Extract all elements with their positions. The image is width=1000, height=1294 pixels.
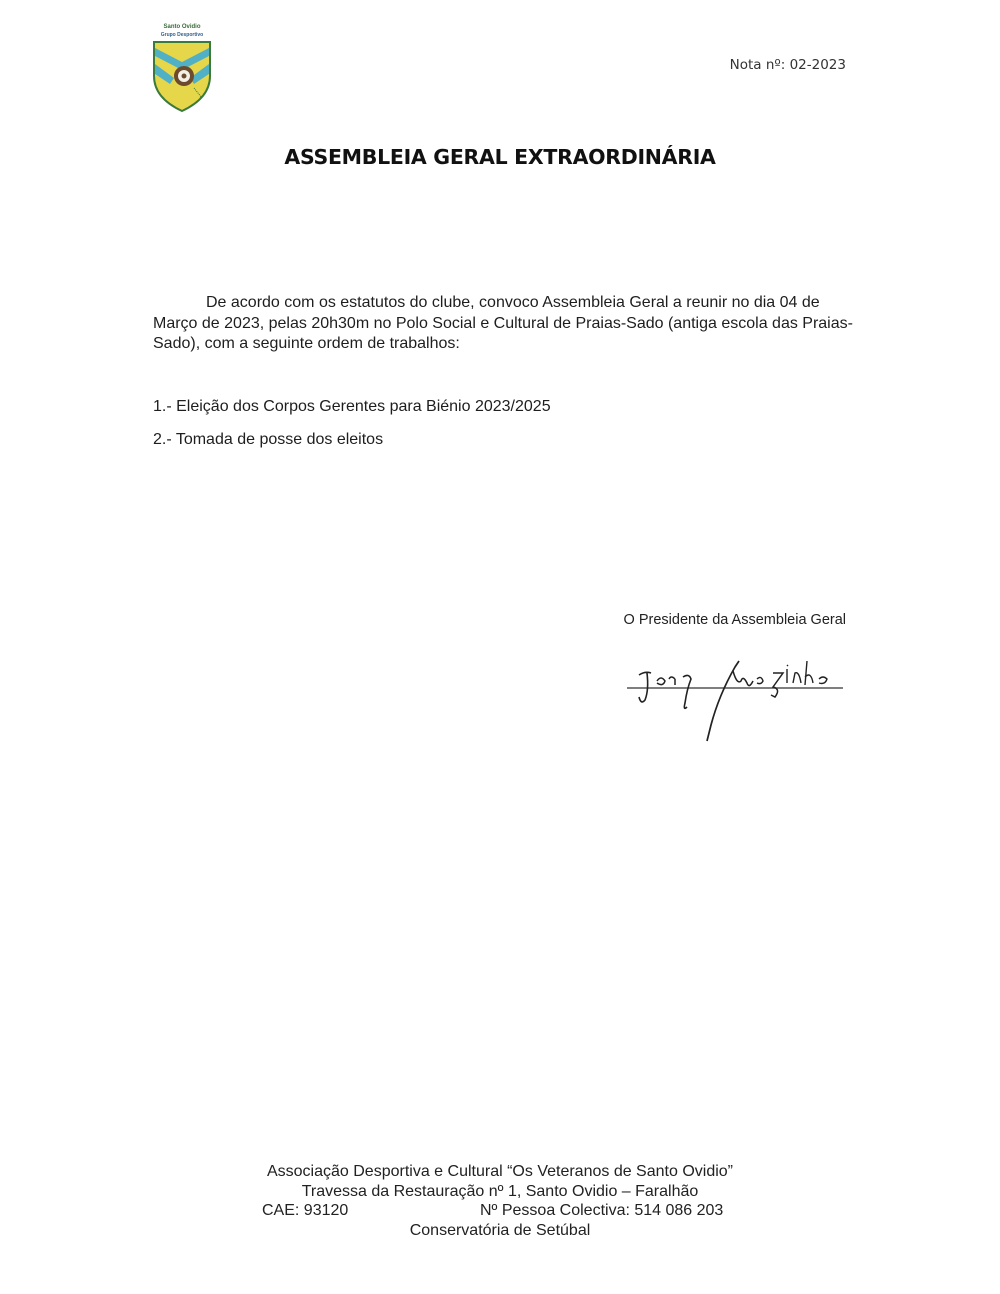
- convocation-paragraph: De acordo com os estatutos do clube, con…: [153, 293, 853, 355]
- footer-registry: Conservatória de Setúbal: [0, 1221, 1000, 1241]
- footer-address: Travessa da Restauração nº 1, Santo Ovid…: [0, 1182, 1000, 1202]
- club-crest-icon: [148, 18, 216, 113]
- handwritten-signature-icon: [615, 645, 855, 745]
- footer-nipc: Nº Pessoa Colectiva: 514 086 203: [480, 1201, 723, 1221]
- footer-block: Associação Desportiva e Cultural “Os Vet…: [0, 1162, 1000, 1240]
- note-number: Nota nº: 02-2023: [700, 57, 846, 73]
- club-crest-logo: Santo Ovidio Grupo Desportivo: [148, 18, 216, 113]
- document-title: ASSEMBLEIA GERAL EXTRAORDINÁRIA: [0, 145, 1000, 169]
- agenda-item: 2.- Tomada de posse dos eleitos: [153, 431, 383, 449]
- footer-ids-row: CAE: 93120 Nº Pessoa Colectiva: 514 086 …: [0, 1201, 1000, 1221]
- agenda-item: 1.- Eleição dos Corpos Gerentes para Bié…: [153, 398, 551, 416]
- signature-block: [615, 645, 855, 745]
- signature-label: O Presidente da Assembleia Geral: [560, 612, 846, 628]
- paragraph-text: De acordo com os estatutos do clube, con…: [153, 294, 853, 352]
- footer-cae: CAE: 93120: [262, 1201, 348, 1221]
- footer-association: Associação Desportiva e Cultural “Os Vet…: [0, 1162, 1000, 1182]
